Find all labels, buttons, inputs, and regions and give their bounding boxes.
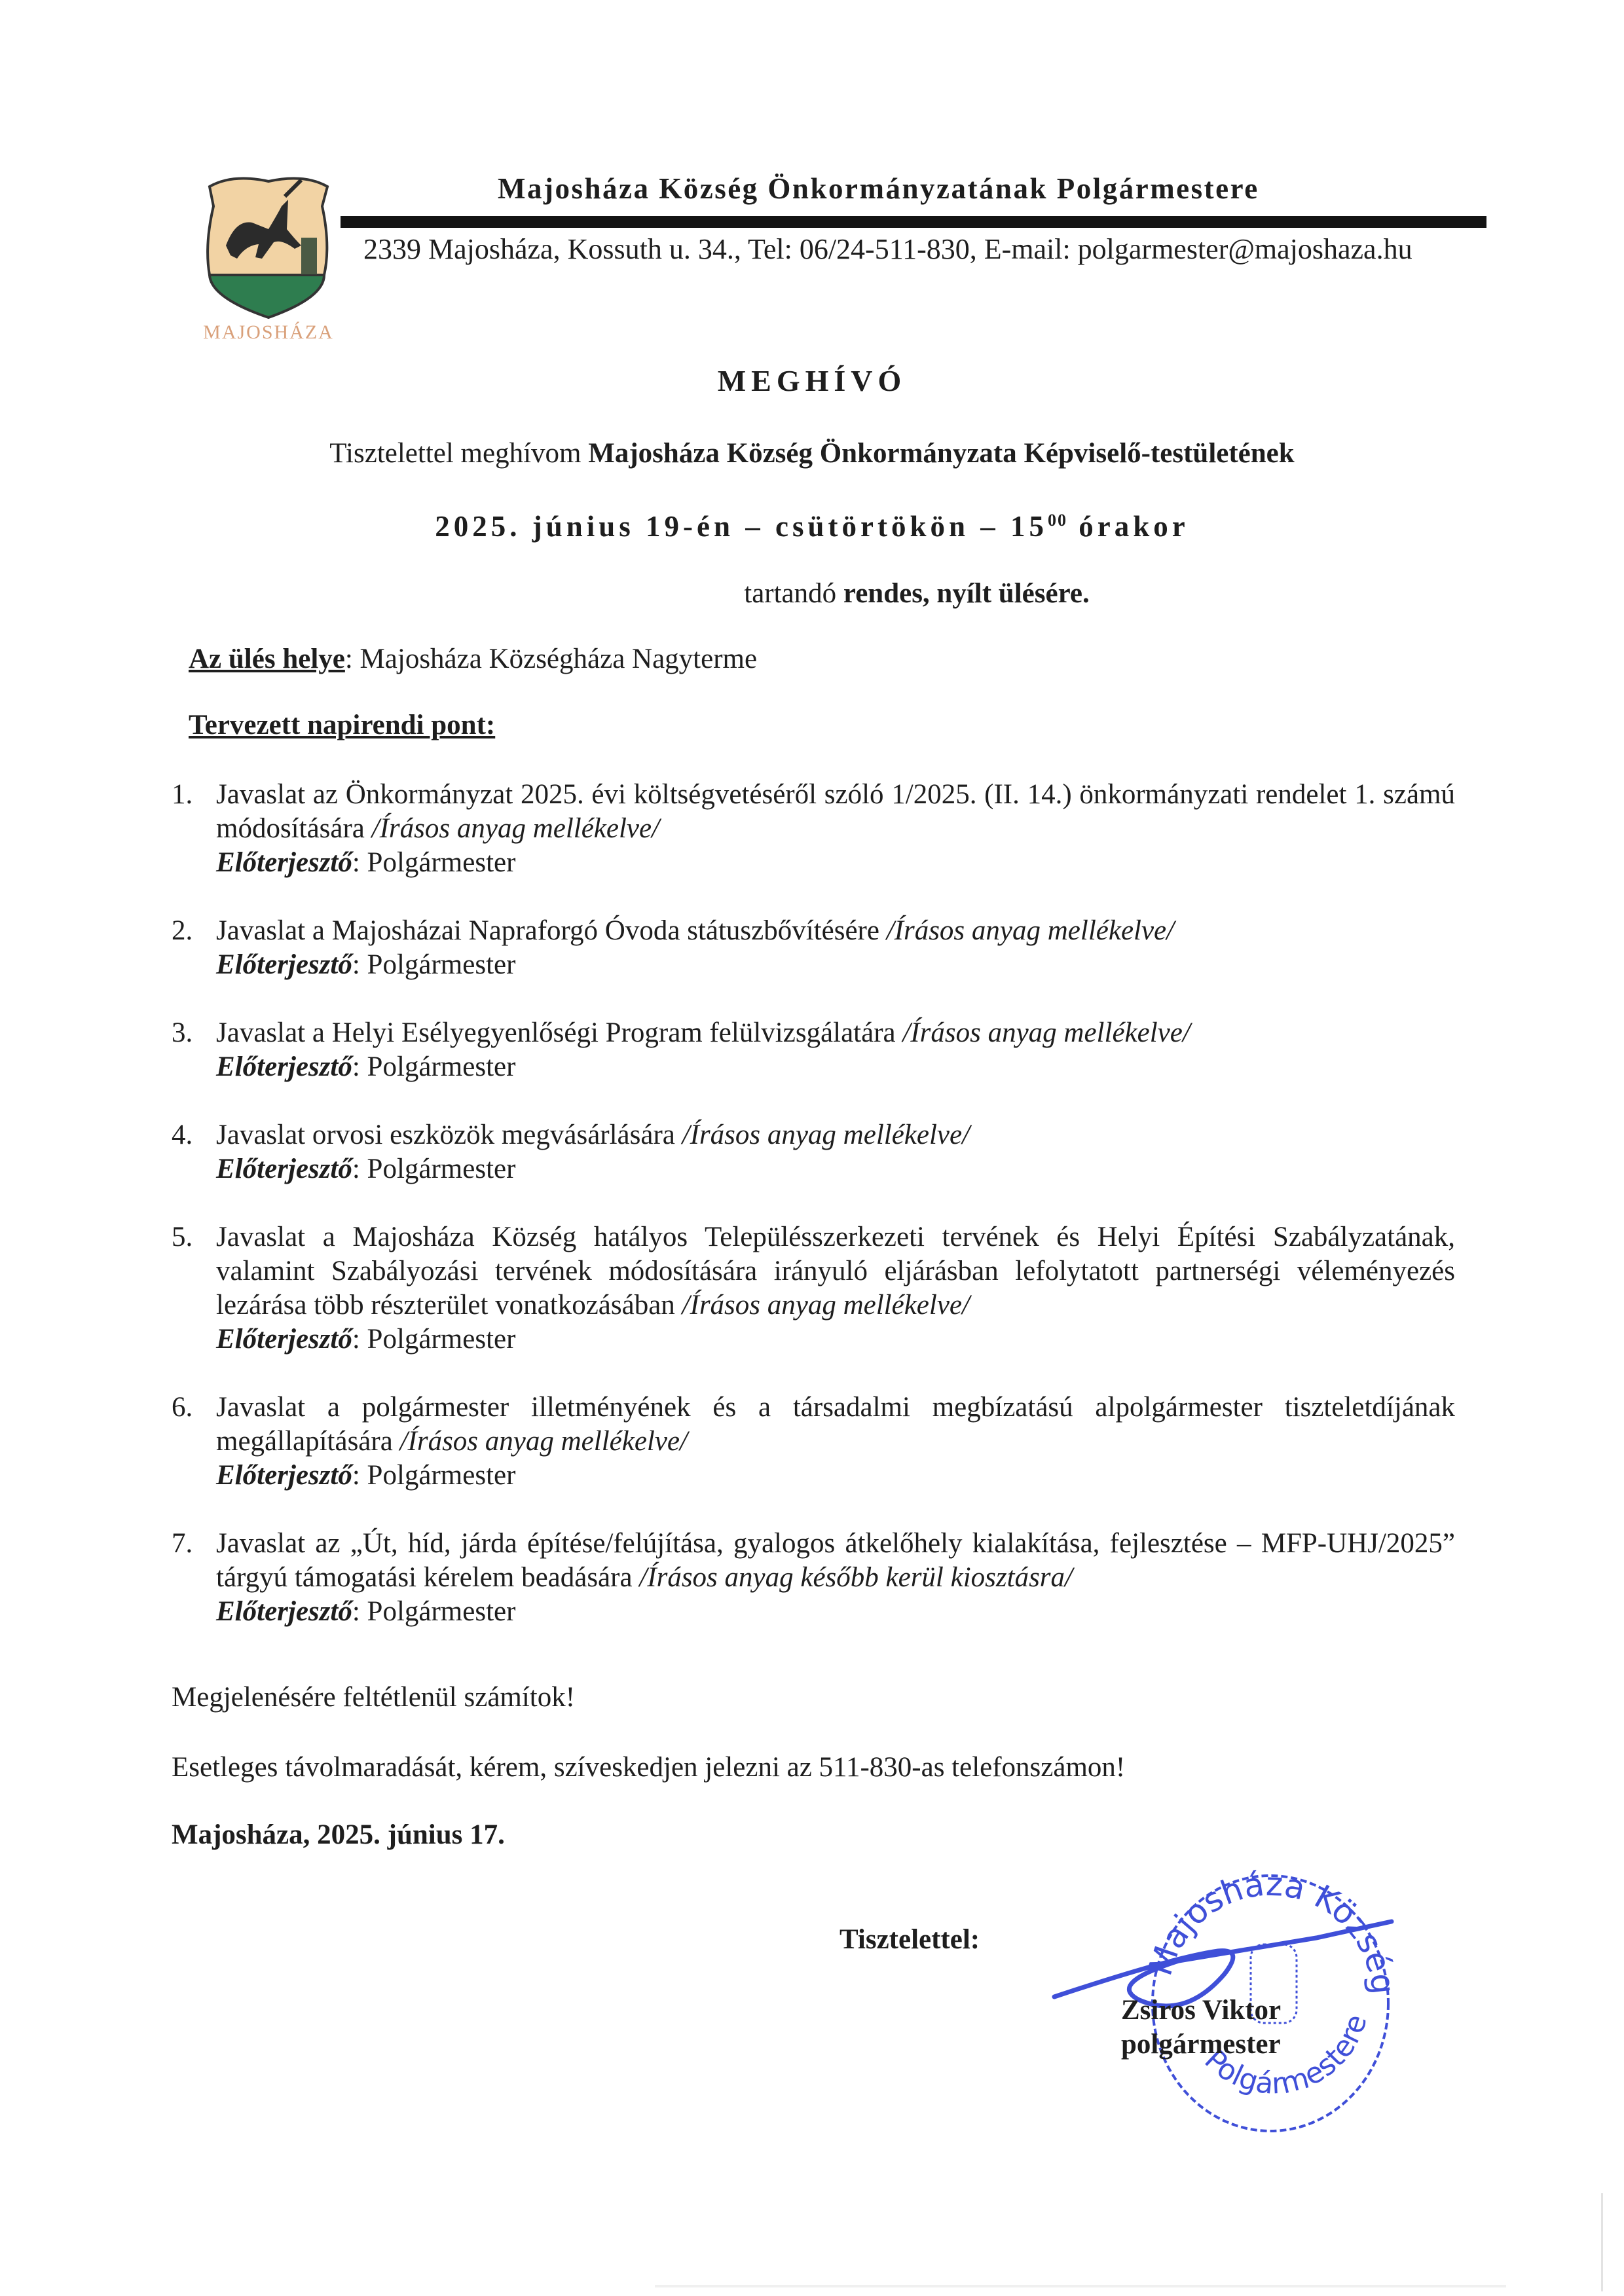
- meeting-type-prefix: tartandó: [744, 578, 843, 609]
- meeting-date-main: 2025. június 19-én – csütörtökön – 15: [435, 510, 1048, 543]
- header-divider: [341, 216, 1486, 228]
- agenda-number: 4.: [172, 1118, 216, 1186]
- agenda-item: 7.Javaslat az „Út, híd, járda építése/fe…: [172, 1527, 1455, 1629]
- regards: Tisztelettel:: [840, 1923, 980, 1956]
- presenter-label: Előterjesztő: [216, 1051, 352, 1082]
- absence-notice: Esetleges távolmaradását, kérem, szívesk…: [172, 1751, 1125, 1783]
- presenter-label: Előterjesztő: [216, 1324, 352, 1355]
- invitation-line: Tisztelettel meghívom Majosháza Község Ö…: [0, 437, 1624, 469]
- organization-address: 2339 Majosháza, Kossuth u. 34., Tel: 06/…: [363, 232, 1412, 266]
- invitation-body: Majosháza Község Önkormányzata Képviselő…: [588, 438, 1294, 469]
- svg-text:MAJOSHÁZA: MAJOSHÁZA: [203, 321, 334, 343]
- agenda-attachment-note: /Írásos anyag mellékelve/: [887, 915, 1174, 946]
- agenda-item: 3.Javaslat a Helyi Esélyegyenlőségi Prog…: [172, 1016, 1455, 1084]
- presenter-label: Előterjesztő: [216, 1596, 352, 1627]
- agenda-list: 1.Javaslat az Önkormányzat 2025. évi köl…: [172, 778, 1455, 1663]
- invitation-prefix: Tisztelettel meghívom: [329, 438, 588, 469]
- agenda-text: Javaslat a Majosházai Napraforgó Óvoda s…: [216, 915, 887, 946]
- presenter-value: : Polgármester: [352, 1460, 516, 1491]
- agenda-attachment-note: /Írásos anyag mellékelve/: [682, 1120, 970, 1150]
- meeting-type-value: rendes, nyílt ülésére.: [843, 578, 1090, 609]
- presenter-value: : Polgármester: [352, 1324, 516, 1355]
- closing-request: Megjelenésére feltétlenül számítok!: [172, 1681, 575, 1713]
- presenter-label: Előterjesztő: [216, 1154, 352, 1184]
- presenter-label: Előterjesztő: [216, 1460, 352, 1491]
- agenda-attachment-note: /Írásos anyag mellékelve/: [400, 1426, 688, 1457]
- agenda-attachment-note: /Írásos anyag később kerül kiosztásra/: [639, 1562, 1073, 1593]
- agenda-heading: Tervezett napirendi pont:: [189, 709, 495, 741]
- agenda-item: 6.Javaslat a polgármester illetményének …: [172, 1391, 1455, 1493]
- presenter-value: : Polgármester: [352, 1154, 516, 1184]
- organization-name: Majosháza Község Önkormányzatának Polgár…: [498, 172, 1259, 206]
- agenda-number: 1.: [172, 778, 216, 880]
- agenda-text: Javaslat orvosi eszközök megvásárlására: [216, 1120, 682, 1150]
- coat-of-arms-icon: MAJOSHÁZA: [196, 167, 341, 344]
- location-label: Az ülés helye: [189, 644, 345, 674]
- document-title: MEGHÍVÓ: [0, 363, 1624, 398]
- agenda-number: 7.: [172, 1527, 216, 1629]
- stamp-top-text: Majosháza Község: [1141, 1865, 1403, 1996]
- presenter-value: : Polgármester: [352, 847, 516, 878]
- meeting-time-minutes: 00: [1048, 511, 1067, 530]
- signer-name: Zsiros Viktor: [1121, 1994, 1281, 2028]
- location-value: : Majosháza Községháza Nagyterme: [345, 644, 757, 674]
- presenter-label: Előterjesztő: [216, 847, 352, 878]
- agenda-attachment-note: /Írásos anyag mellékelve/: [902, 1017, 1190, 1048]
- agenda-attachment-note: /Írásos anyag mellékelve/: [682, 1290, 970, 1321]
- agenda-item: 5.Javaslat a Majosháza Község hatályos T…: [172, 1220, 1455, 1357]
- agenda-attachment-note: /Írásos anyag mellékelve/: [372, 813, 659, 844]
- agenda-number: 6.: [172, 1391, 216, 1493]
- presenter-value: : Polgármester: [352, 1596, 516, 1627]
- scan-edge-shadow: [655, 2285, 1506, 2287]
- presenter-value: : Polgármester: [352, 949, 516, 980]
- agenda-number: 3.: [172, 1016, 216, 1084]
- agenda-text: Javaslat a Helyi Esélyegyenlőségi Progra…: [216, 1017, 902, 1048]
- agenda-item: 2.Javaslat a Majosházai Napraforgó Óvoda…: [172, 914, 1455, 982]
- place-and-date: Majosháza, 2025. június 17.: [172, 1819, 505, 1851]
- meeting-date: 2025. június 19-én – csütörtökön – 1500 …: [0, 509, 1624, 543]
- presenter-value: : Polgármester: [352, 1051, 516, 1082]
- agenda-number: 2.: [172, 914, 216, 982]
- meeting-location: Az ülés helye: Majosháza Községháza Nagy…: [189, 643, 757, 675]
- agenda-item: 4.Javaslat orvosi eszközök megvásárlásár…: [172, 1118, 1455, 1186]
- meeting-date-suffix: órakor: [1067, 510, 1189, 543]
- agenda-number: 5.: [172, 1220, 216, 1357]
- meeting-type: tartandó rendes, nyílt ülésére.: [0, 577, 1624, 610]
- scan-edge-shadow: [1601, 2193, 1603, 2291]
- signer-title: polgármester: [1121, 2028, 1281, 2062]
- presenter-label: Előterjesztő: [216, 949, 352, 980]
- agenda-item: 1.Javaslat az Önkormányzat 2025. évi köl…: [172, 778, 1455, 880]
